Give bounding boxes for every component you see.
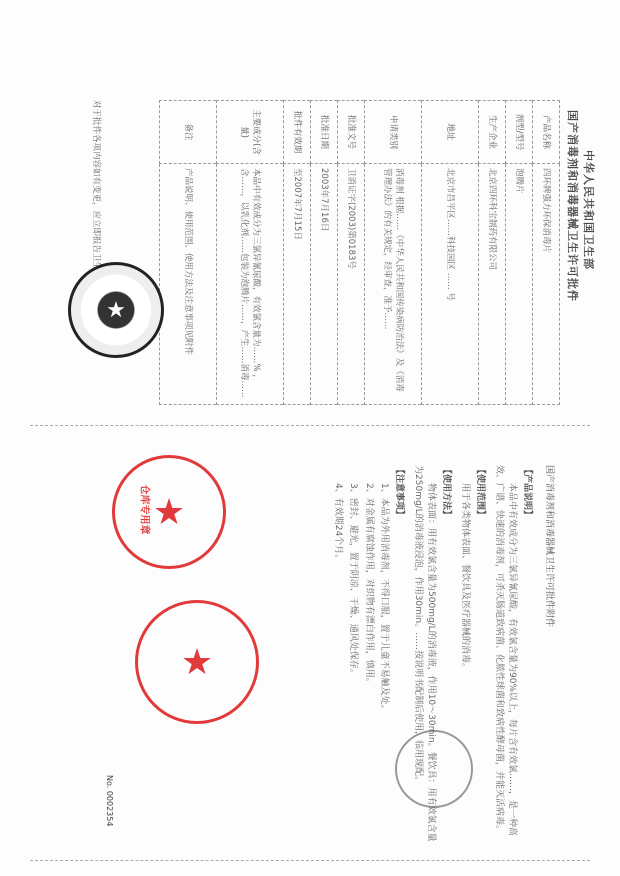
qualified-seal-icon — [395, 730, 473, 808]
table-row: 剂型/型号 泡腾片 — [506, 101, 533, 405]
table-row: 申请类别 消毒剂 根据……《中华人民共和国传染病防治法》及《消毒管理办法》的有关… — [365, 101, 422, 405]
precaution-item: 3、密封、避光，置于阴凉、干燥、通风处保存。 — [346, 465, 359, 845]
row-value: 卫消证字(2003)第0183号 — [338, 164, 365, 405]
pharmacy-seal-icon: ★ — [135, 600, 259, 724]
section-heading: 【产品说明】 — [520, 465, 533, 845]
row-label: 备注 — [160, 101, 217, 164]
row-label: 批件有效期 — [284, 101, 311, 164]
row-label: 主要成分(含量) — [217, 101, 284, 164]
license-table: 产品名称 四环牌强力环保消毒片 剂型/型号 泡腾片 生产企业 北京四环科宝制药有… — [159, 100, 560, 405]
table-row: 批准日期 2003年7月16日 — [311, 101, 338, 405]
table-row: 批准文号 卫消证字(2003)第0183号 — [338, 101, 365, 405]
precaution-item: 1、本品为外用消毒剂，不得口服，置于儿童不易触及处。 — [377, 465, 390, 845]
row-value: 泡腾片 — [506, 164, 533, 405]
row-label: 产品名称 — [533, 101, 560, 164]
row-label: 批准日期 — [311, 101, 338, 164]
section-text: 本品中有效成分为三氯异氰尿酸，有效氯含量为90%以上，每片含有效氯……，是一种高… — [492, 465, 518, 845]
row-value: 北京四环科宝制药有限公司 — [479, 164, 506, 405]
national-emblem-seal-icon: ★ — [68, 262, 164, 358]
star-icon: ★ — [181, 642, 213, 683]
row-value: 四环牌强力环保消毒片 — [533, 164, 560, 405]
row-value: 北京市昌平区……科技园区 …… 号 — [422, 164, 479, 405]
page-divider — [30, 425, 590, 426]
row-value: 产品说明、使用范围、使用方法及注意事项见附件 — [160, 164, 217, 405]
bottom-cut-line — [30, 860, 590, 861]
issuer-heading: 中华人民共和国卫生部 — [580, 150, 596, 270]
row-label: 批准文号 — [338, 101, 365, 164]
table-row: 备注 产品说明、使用范围、使用方法及注意事项见附件 — [160, 101, 217, 405]
table-row: 主要成分(含量) 本品中有效成分为三氯异氰尿酸，有效氯含量为……% ，含……，以… — [217, 101, 284, 405]
table-row: 产品名称 四环牌强力环保消毒片 — [533, 101, 560, 405]
instructions-header: 国产消毒剂和消毒器械卫生许可批件附件 — [542, 465, 555, 627]
warehouse-seal-icon: ★ 仓库专用章 — [112, 455, 226, 569]
row-value: 本品中有效成分为三氯异氰尿酸，有效氯含量为……% ，含……，以乳化剂……包装为泡… — [217, 164, 284, 405]
precaution-item: 2、对金属有腐蚀作用，对织物有漂白作用，慎用。 — [361, 465, 374, 845]
section-heading: 【使用范围】 — [473, 465, 486, 845]
document-number: No. 0002354 — [103, 775, 115, 826]
row-value: 至2007年7月15日 — [284, 164, 311, 405]
row-value: 消毒剂 根据……《中华人民共和国传染病防治法》及《消毒管理办法》的有关规定，经审… — [365, 164, 422, 405]
row-label: 剂型/型号 — [506, 101, 533, 164]
table-row: 批件有效期 至2007年7月15日 — [284, 101, 311, 405]
table-row: 地址 北京市昌平区……科技园区 …… 号 — [422, 101, 479, 405]
license-section: 中华人民共和国卫生部 国产消毒剂和消毒器械卫生许可批件 产品名称 四环牌强力环保… — [90, 40, 560, 410]
row-label: 生产企业 — [479, 101, 506, 164]
license-title: 国产消毒剂和消毒器械卫生许可批件 — [564, 110, 580, 302]
star-icon: ★ — [106, 298, 126, 323]
precaution-item: 4、有效期24个月。 — [331, 465, 344, 845]
table-row: 生产企业 北京四环科宝制药有限公司 — [479, 101, 506, 405]
seal-label: 仓库专用章 — [139, 485, 154, 535]
scanned-document-page: 中华人民共和国卫生部 国产消毒剂和消毒器械卫生许可批件 产品名称 四环牌强力环保… — [0, 0, 620, 876]
star-icon: ★ — [153, 492, 185, 533]
row-label: 申请类别 — [365, 101, 422, 164]
row-label: 地址 — [422, 101, 479, 164]
row-value: 2003年7月16日 — [311, 164, 338, 405]
